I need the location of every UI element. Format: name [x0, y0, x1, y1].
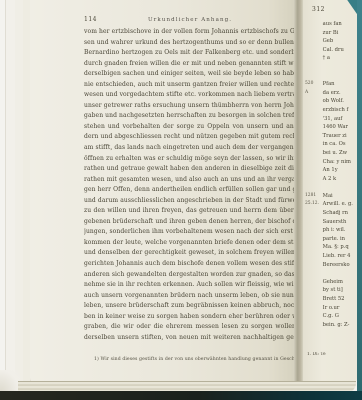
page-number-right: 312	[312, 6, 325, 13]
body-text-line: jungen, sonderlichen ihm vorbehaltenem w…	[84, 227, 296, 238]
running-header-row: 114 Urkundlicher Anhang.	[84, 15, 296, 25]
bottom-shadow	[0, 391, 362, 400]
entry-margin-label: 1281	[305, 192, 321, 201]
entry-text-fragment: da erz.	[323, 89, 341, 98]
right-page-entry-line: aus fan	[305, 20, 357, 29]
right-page-entry-line: C.g. G	[305, 312, 357, 321]
entry-text-fragment: Ma. §: p.q	[323, 243, 349, 252]
body-text-line: rathen und getraue gewalt haben den ande…	[84, 164, 296, 175]
right-page-entry-line: Lieb. rer 4	[305, 252, 357, 261]
entry-text-fragment: Cha: y nim	[323, 158, 351, 167]
entry-text-fragment: in ca. Os	[323, 140, 346, 149]
right-page-entry-line: zur Bi	[305, 29, 357, 38]
right-page-entry-line: in ca. Os	[305, 140, 357, 149]
body-text-line: vom her ertzbischove in der vollen form …	[84, 27, 296, 38]
body-text-line: nehme sie in ihr rechten erkennen. Auch …	[84, 280, 296, 291]
body-text-line: öffnen zu erhalten was er schuldig möge …	[84, 154, 296, 165]
right-page-entry-line: † a	[305, 54, 357, 63]
body-text-line: gerichten Johannis auch dem bischofe den…	[84, 259, 296, 270]
entry-text-fragment: † a	[323, 54, 330, 63]
entry-text-fragment: Cal. dru	[323, 46, 344, 55]
entry-text-fragment: ob Wolf.	[323, 97, 344, 106]
right-page-entry-line: by st ti]	[305, 286, 357, 295]
right-page-entry-line: Bereersko	[305, 261, 357, 270]
right-page-entry-line: 1281 Mai	[305, 192, 357, 201]
main-book-page: 114 Urkundlicher Anhang. vom her ertzbis…	[30, 0, 294, 386]
body-text-line: rathen mit gesamten wesen, und also auch…	[84, 175, 296, 186]
entry-text-fragment: Lieb. rer 4	[323, 252, 351, 261]
entry-text-fragment: Geb	[323, 37, 334, 46]
right-page-entry-line: ph i: wil.	[305, 226, 357, 235]
body-text-line: dern und abgeschliessen recht und nützen…	[84, 132, 296, 143]
entry-text-fragment: Arwill. e. g.	[323, 200, 353, 209]
book-photo: 114 Urkundlicher Anhang. vom her ertzbis…	[0, 0, 362, 400]
right-page-entry-line: parte. in	[305, 235, 357, 244]
right-page-entry-line: Cal. dru	[305, 46, 357, 55]
entry-text-fragment: Trauer zi	[323, 132, 347, 141]
entry-text-fragment: ph i: wil.	[323, 226, 346, 235]
body-text-line: und denselben der gerechtigkeit geweset,…	[84, 248, 296, 259]
right-page-entry-line: A 2 k	[305, 175, 357, 184]
entry-margin-label: A	[305, 89, 321, 98]
entry-text-fragment: Bereersko	[323, 261, 350, 270]
entry-text-fragment: 1460 War	[323, 123, 348, 132]
right-page-entry-line: Trauer zi	[305, 132, 357, 141]
entry-text-fragment: Mai	[323, 192, 333, 201]
body-text-line: unser getrewer raths ersuchung unsern th…	[84, 101, 296, 112]
right-page-entry-line: Schadj rn	[305, 209, 357, 218]
right-page-entry-line: Brett 52	[305, 295, 357, 304]
entry-text-fragment: erzbisch f	[323, 106, 349, 115]
body-text-line: kommen der leute, welche vorgenannten br…	[84, 238, 296, 249]
body-text-line: stehen und vorbehalten der sorge zu Oppe…	[84, 122, 296, 133]
body-text-line: leben, unsere brüderschaft zum begräbnis…	[84, 301, 296, 312]
body-text-line: gaben und nachgesetzten herrschaften zu …	[84, 111, 296, 122]
teal-cover-edge-strip	[357, 0, 362, 392]
right-page-entry-line: A da erz.	[305, 89, 357, 98]
body-text-line: nie entschieden, auch mit unserm gantzen…	[84, 80, 296, 91]
body-text-line: Bernardino hertzogen zu Oels mit der Fal…	[84, 48, 296, 59]
right-page-entry-line: Cha: y nim	[305, 158, 357, 167]
entry-text-fragment: Ir o.ur	[323, 304, 340, 313]
body-text-line: gebenen brüderschaft und ihren geben den…	[84, 217, 296, 228]
body-text-line: derselben unsern stiften, von neuen mit …	[84, 333, 296, 344]
body-text-line: ben in keiner weise zu sorgen haben sond…	[84, 312, 296, 323]
entry-text-fragment: zur Bi	[323, 29, 339, 38]
right-page-entry-line: Ma. §: p.q	[305, 243, 357, 252]
entry-text-fragment: aus fan	[323, 20, 342, 29]
body-text-line: am stifft, das lands nach eingetreten un…	[84, 143, 296, 154]
entry-text-fragment: A 2 k	[323, 175, 337, 184]
body-text-line: gen herr Offen, denn andertheilen endlic…	[84, 185, 296, 196]
body-text-line: sen und wahrer urkund des hertzogenthums…	[84, 38, 296, 49]
right-page-entry-line: 1460 War	[305, 123, 357, 132]
body-text-line: auch unsern vorgenannten brüdern nach un…	[84, 291, 296, 302]
body-text-line: anderen sich gewandelten dergestalten wo…	[84, 270, 296, 281]
body-text-line: graben, die wir oder die ehrerem messen …	[84, 322, 296, 333]
entry-text-fragment: Geheim	[323, 278, 343, 287]
entry-text-fragment: An 1y	[323, 166, 338, 175]
body-text-line: zu den willen und ihren freyen, das getr…	[84, 206, 296, 217]
body-text-line: wesen und vorgedachtem stifte etc. vorko…	[84, 90, 296, 101]
footnote-right: 1. Di: Te	[307, 352, 326, 357]
entry-text-fragment: parte. in	[323, 235, 345, 244]
adjacent-page-partial: 312 aus fan zur Bi Geb Cal. dru † a	[303, 0, 357, 384]
entry-text-fragment: Sauersth	[323, 218, 347, 227]
entry-text-fragment: by st ti]	[323, 286, 343, 295]
right-page-entry-line: ob Wolf.	[305, 97, 357, 106]
running-header-title: Urkundlicher Anhang.	[84, 15, 296, 25]
right-page-entry-line: bein. g: Z-	[305, 321, 357, 330]
entry-text-fragment: C.g. G	[323, 312, 339, 321]
right-page-entry-line: Sauersth	[305, 218, 357, 227]
body-text-block: vom her ertzbischove in der vollen form …	[84, 27, 296, 343]
entry-text-fragment: bei u. Zw	[323, 149, 347, 158]
entry-margin-label: 520	[305, 80, 321, 89]
right-page-entry-line: Ir o.ur	[305, 304, 357, 313]
entry-text-fragment: '31, auf	[323, 115, 343, 124]
book-gutter-shadow	[294, 0, 303, 390]
entry-text-fragment: Pfan	[323, 80, 335, 89]
right-page-entry-line: bei u. Zw	[305, 149, 357, 158]
right-page-entry-line: Geb	[305, 37, 357, 46]
entry-text-fragment: Brett 52	[323, 295, 345, 304]
right-page-entry-line: An 1y	[305, 166, 357, 175]
right-page-entry-line: erzbisch f	[305, 106, 357, 115]
body-text-line: und darum ausschliesslichen angeschriebe…	[84, 196, 296, 207]
entry-text-fragment: bein. g: Z-	[323, 321, 350, 330]
right-page-entries: aus fan zur Bi Geb Cal. dru † a 5	[305, 20, 357, 329]
right-page-entry-line: 520 Pfan	[305, 80, 357, 89]
entry-margin-label: 25.12.	[305, 200, 321, 209]
entry-text-fragment: Schadj rn	[323, 209, 348, 218]
body-text-line: derselbigen sachen und einiger seiten, w…	[84, 69, 296, 80]
right-page-entry-line: 25.12. Arwill. e. g.	[305, 200, 357, 209]
body-text-line: durch gnaden freien willen die er mit un…	[84, 59, 296, 70]
right-page-entry-line: '31, auf	[305, 115, 357, 124]
footnote-main: 1) Wir sind dieses gestifts in der von u…	[94, 356, 296, 363]
right-page-entry-line: Geheim	[305, 278, 357, 287]
